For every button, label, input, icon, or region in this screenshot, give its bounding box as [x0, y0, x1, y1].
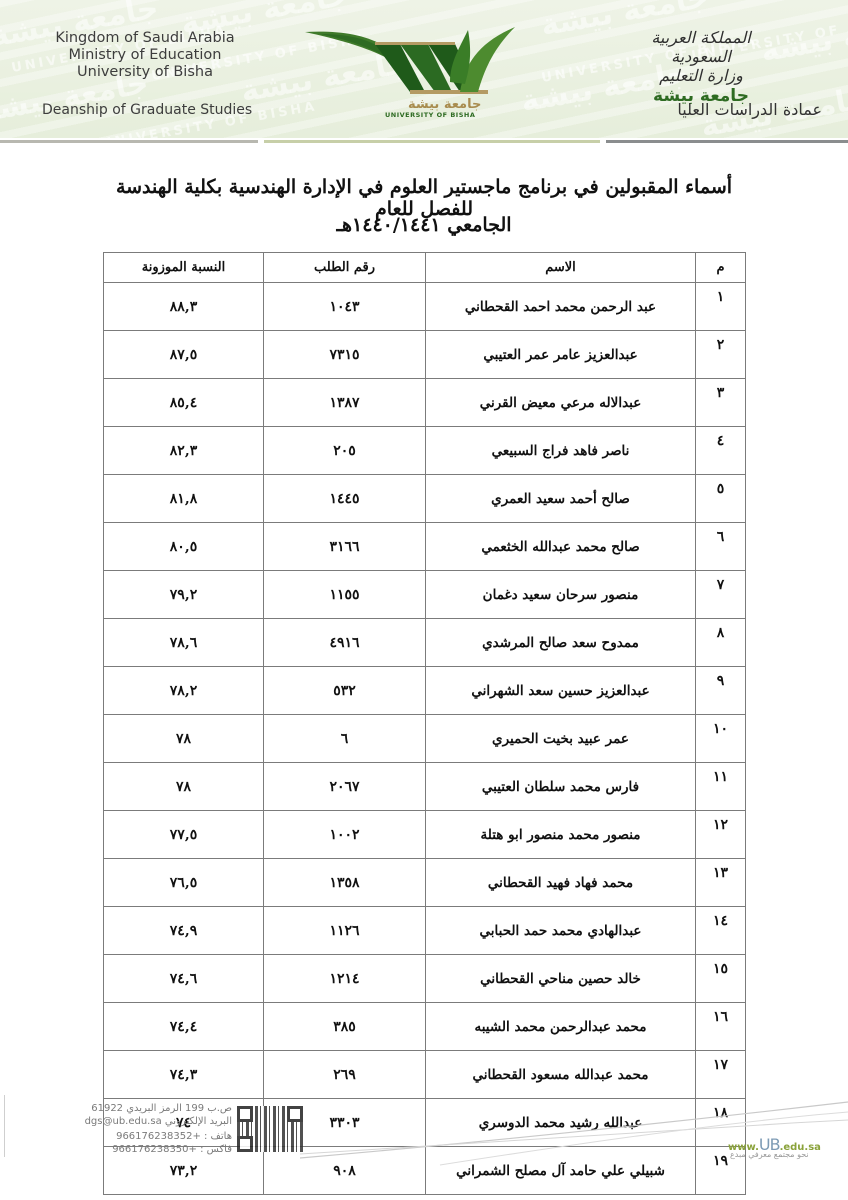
phone-number: هاتف : +966176238352	[54, 1131, 232, 1144]
student-name: عبدالاله مرعي معيض القرني	[426, 379, 696, 427]
table-row: ١٤ عبدالهادي محمد حمد الحبابي ١١٢٦ ٧٤,٩	[104, 907, 746, 955]
row-number: ٩	[696, 667, 746, 715]
letterhead-banner: جامعة بيشة جامعة بيشة جامعة بيشة جامعة ب…	[0, 0, 848, 138]
student-name: عبدالعزيز حسين سعد الشهراني	[426, 667, 696, 715]
application-id: ١٠٠٢	[264, 811, 426, 859]
english-letterhead: Kingdom of Saudi Arabia Ministry of Educ…	[40, 30, 250, 81]
contact-info: ص.ب 199 الرمز البريدي 61922 البريد الإلك…	[54, 1103, 232, 1156]
row-number: ٤	[696, 427, 746, 475]
document-title-year: الجامعي ١٤٤٠/١٤٤١هـ	[100, 214, 748, 236]
application-id: ٣٨٥	[264, 1003, 426, 1051]
row-number: ١١	[696, 763, 746, 811]
row-number: ٥	[696, 475, 746, 523]
application-id: ٣١٦٦	[264, 523, 426, 571]
table-row: ٤ ناصر فاهد فراج السبيعي ٢٠٥ ٨٢,٣	[104, 427, 746, 475]
student-name: عبد الرحمن محمد احمد القحطاني	[426, 283, 696, 331]
row-number: ١٢	[696, 811, 746, 859]
deanship-name-en: Deanship of Graduate Studies	[42, 102, 252, 118]
table-row: ١٢ منصور محمد منصور ابو هتلة ١٠٠٢ ٧٧,٥	[104, 811, 746, 859]
deanship-name-ar: عمادة الدراسات العليا	[677, 100, 822, 119]
row-number: ٣	[696, 379, 746, 427]
student-name: فارس محمد سلطان العتيبي	[426, 763, 696, 811]
table-row: ٦ صالح محمد عبدالله الخثعمي ٣١٦٦ ٨٠,٥	[104, 523, 746, 571]
application-id: ٢٠٥	[264, 427, 426, 475]
student-name: ناصر فاهد فراج السبيعي	[426, 427, 696, 475]
column-header-application-id: رقم الطلب	[264, 253, 426, 283]
admitted-students-table: م الاسم رقم الطلب النسبة الموزونة ١ عبد …	[103, 252, 746, 1195]
student-name: منصور محمد منصور ابو هتلة	[426, 811, 696, 859]
table-row: ١٣ محمد فهاد فهيد القحطاني ١٣٥٨ ٧٦,٥	[104, 859, 746, 907]
country-name-ar: المملكة العربية السعودية	[626, 28, 776, 66]
student-name: منصور سرحان سعيد دغمان	[426, 571, 696, 619]
header-divider	[0, 140, 258, 143]
student-name: صالح محمد عبدالله الخثعمي	[426, 523, 696, 571]
student-name: محمد عبدالرحمن محمد الشيبه	[426, 1003, 696, 1051]
weighted-score: ٧٨,٦	[104, 619, 264, 667]
row-number: ٨	[696, 619, 746, 667]
row-number: ١٤	[696, 907, 746, 955]
table-row: ١٥ خالد حصين مناحي القحطاني ١٢١٤ ٧٤,٦	[104, 955, 746, 1003]
table-row: ٩ عبدالعزيز حسين سعد الشهراني ٥٣٢ ٧٨,٢	[104, 667, 746, 715]
column-header-number: م	[696, 253, 746, 283]
student-name: ممدوح سعد صالح المرشدي	[426, 619, 696, 667]
weighted-score: ٧٨	[104, 763, 264, 811]
table-row: ١٦ محمد عبدالرحمن محمد الشيبه ٣٨٥ ٧٤,٤	[104, 1003, 746, 1051]
weighted-score: ٧٤,٤	[104, 1003, 264, 1051]
application-id: ١١٢٦	[264, 907, 426, 955]
column-header-name: الاسم	[426, 253, 696, 283]
table-row: ١١ فارس محمد سلطان العتيبي ٢٠٦٧ ٧٨	[104, 763, 746, 811]
application-id: ٢٠٦٧	[264, 763, 426, 811]
weighted-score: ٨١,٨	[104, 475, 264, 523]
row-number: ١	[696, 283, 746, 331]
application-id: ١٢١٤	[264, 955, 426, 1003]
weighted-score: ٨٨,٣	[104, 283, 264, 331]
weighted-score: ٧٤,٣	[104, 1051, 264, 1099]
application-id: ٥٣٢	[264, 667, 426, 715]
application-id: ٤٩١٦	[264, 619, 426, 667]
table-row: ٢ عبدالعزيز عامر عمر العتيبي ٧٣١٥ ٨٧,٥	[104, 331, 746, 379]
table-row: ١ عبد الرحمن محمد احمد القحطاني ١٠٤٣ ٨٨,…	[104, 283, 746, 331]
ministry-name: Ministry of Education	[40, 47, 250, 64]
header-divider	[264, 140, 600, 143]
header-divider	[606, 140, 848, 143]
student-name: عمر عبيد بخيت الحميري	[426, 715, 696, 763]
student-name: محمد فهاد فهيد القحطاني	[426, 859, 696, 907]
postal-address: ص.ب 199 الرمز البريدي 61922	[54, 1103, 232, 1116]
email-address: البريد الإلكتروني dgs@ub.edu.sa	[54, 1116, 232, 1129]
weighted-score: ٧٨	[104, 715, 264, 763]
row-number: ١٣	[696, 859, 746, 907]
logo-arabic-text: جامعة بيشة	[408, 97, 481, 112]
student-name: صالح أحمد سعيد العمري	[426, 475, 696, 523]
student-name: خالد حصين مناحي القحطاني	[426, 955, 696, 1003]
table-row: ١٠ عمر عبيد بخيت الحميري ٦ ٧٨	[104, 715, 746, 763]
row-number: ٧	[696, 571, 746, 619]
application-id: ٧٣١٥	[264, 331, 426, 379]
application-id: ١٣٨٧	[264, 379, 426, 427]
weighted-score: ٨٢,٣	[104, 427, 264, 475]
weighted-score: ٧٤,٦	[104, 955, 264, 1003]
column-header-weighted-score: النسبة الموزونة	[104, 253, 264, 283]
table-row: ٥ صالح أحمد سعيد العمري ١٤٤٥ ٨١,٨	[104, 475, 746, 523]
table-row: ٣ عبدالاله مرعي معيض القرني ١٣٨٧ ٨٥,٤	[104, 379, 746, 427]
qr-code-icon	[237, 1106, 303, 1152]
student-name: عبدالهادي محمد حمد الحبابي	[426, 907, 696, 955]
application-id: ١٠٤٣	[264, 283, 426, 331]
row-number: ١٠	[696, 715, 746, 763]
table-header-row: م الاسم رقم الطلب النسبة الموزونة	[104, 253, 746, 283]
weighted-score: ٧٨,٢	[104, 667, 264, 715]
row-number: ١٥	[696, 955, 746, 1003]
ministry-name-ar: وزارة التعليم	[626, 66, 776, 85]
weighted-score: ٨٥,٤	[104, 379, 264, 427]
table-row: ٨ ممدوح سعد صالح المرشدي ٤٩١٦ ٧٨,٦	[104, 619, 746, 667]
weighted-score: ٧٩,٢	[104, 571, 264, 619]
student-name: عبدالعزيز عامر عمر العتيبي	[426, 331, 696, 379]
application-id: ١٣٥٨	[264, 859, 426, 907]
university-slogan: نحو مجتمع معرفي مبدع	[730, 1150, 809, 1159]
fax-number: فاكس : +966176238350	[54, 1144, 232, 1157]
university-name: University of Bisha	[40, 64, 250, 81]
row-number: ٢	[696, 331, 746, 379]
table-row: ٧ منصور سرحان سعيد دغمان ١١٥٥ ٧٩,٢	[104, 571, 746, 619]
footer-border	[4, 1095, 5, 1157]
application-id: ١١٥٥	[264, 571, 426, 619]
weighted-score: ٧٦,٥	[104, 859, 264, 907]
weighted-score: ٨٠,٥	[104, 523, 264, 571]
weighted-score: ٧٧,٥	[104, 811, 264, 859]
arabic-letterhead: المملكة العربية السعودية وزارة التعليم ج…	[626, 28, 776, 107]
row-number: ٦	[696, 523, 746, 571]
country-name: Kingdom of Saudi Arabia	[40, 30, 250, 47]
application-id: ١٤٤٥	[264, 475, 426, 523]
row-number: ١٦	[696, 1003, 746, 1051]
weighted-score: ٧٤,٩	[104, 907, 264, 955]
logo-english-text: UNIVERSITY OF BISHA	[385, 111, 475, 119]
weighted-score: ٨٧,٥	[104, 331, 264, 379]
application-id: ٦	[264, 715, 426, 763]
